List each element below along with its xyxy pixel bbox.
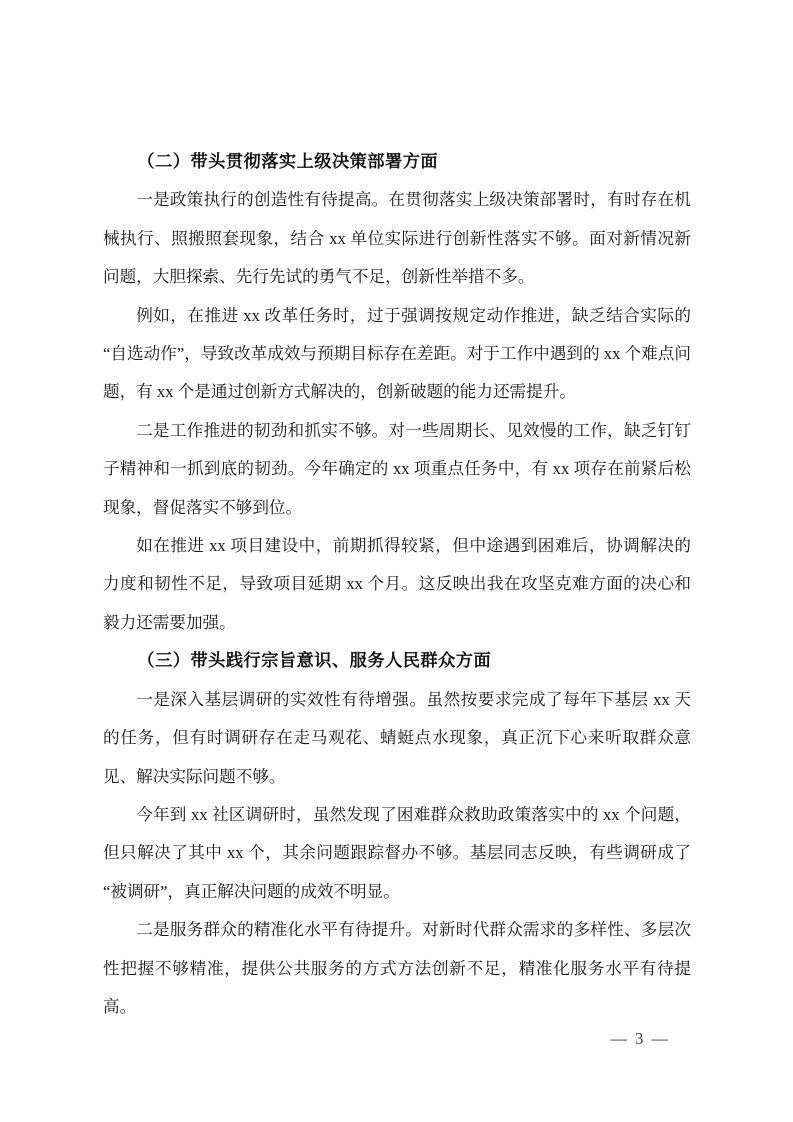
document-page: （二）带头贯彻落实上级决策部署方面 一是政策执行的创造性有待提高。在贯彻落实上级… <box>0 0 793 1122</box>
paragraph: 如在推进 xx 项目建设中，前期抓得较紧，但中途遇到困难后，协调解决的力度和韧性… <box>103 527 691 642</box>
paragraph: 二是服务群众的精准化水平有待提升。对新时代群众需求的多样性、多层次性把握不够精准… <box>103 911 691 1026</box>
document-body: （二）带头贯彻落实上级决策部署方面 一是政策执行的创造性有待提高。在贯彻落实上级… <box>103 143 691 1026</box>
page-number: — 3 — <box>611 1029 671 1048</box>
page-footer: — 3 — <box>611 1028 671 1050</box>
paragraph: 今年到 xx 社区调研时，虽然发现了困难群众救助政策落实中的 xx 个问题，但只… <box>103 796 691 911</box>
section-heading-3: （三）带头践行宗旨意识、服务人民群众方面 <box>103 642 691 680</box>
paragraph: 例如，在推进 xx 改革任务时，过于强调按规定动作推进，缺乏结合实际的“自选动作… <box>103 297 691 412</box>
section-heading-2: （二）带头贯彻落实上级决策部署方面 <box>103 143 691 181</box>
paragraph: 一是深入基层调研的实效性有待增强。虽然按要求完成了每年下基层 xx 天的任务，但… <box>103 681 691 796</box>
paragraph: 二是工作推进的韧劲和抓实不够。对一些周期长、见效慢的工作，缺乏钉钉子精神和一抓到… <box>103 412 691 527</box>
paragraph: 一是政策执行的创造性有待提高。在贯彻落实上级决策部署时，有时存在机械执行、照搬照… <box>103 181 691 296</box>
